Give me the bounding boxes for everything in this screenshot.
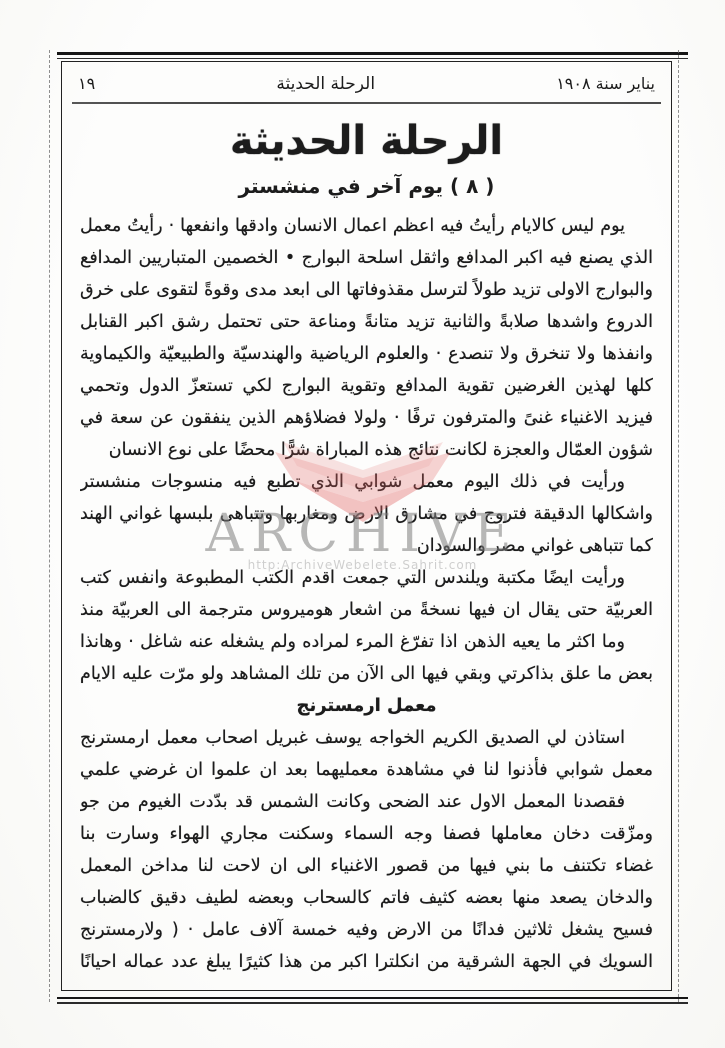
text-line: فيزيد الاغنياء غنىً والمترفون ترفًا · ول… (80, 402, 653, 434)
text-line: كلها لهذين الغرضين تقوية المدافع وتقوية … (80, 370, 653, 402)
header-date: يناير سنة ١٩٠٨ (556, 74, 655, 93)
text-line: والبوارج الاولى تزيد طولاً لترسل مقذوفات… (80, 274, 653, 306)
text-line: معمل شوابي فأذنوا لنا في مشاهدة معمليهما… (80, 754, 653, 786)
frame-bottom-rule-b (57, 1002, 688, 1004)
text-line: شؤون العمّال والعجزة لكانت نتائج هذه الم… (80, 434, 653, 466)
text-line: السويك في الجهة الشرقية من انكلترا اكبر … (80, 946, 653, 978)
header-divider (72, 102, 661, 104)
text-line: ورأيت ايضًا مكتبة ويلندس التي جمعت اقدم … (80, 562, 653, 594)
text-line: فقصدنا المعمل الاول عند الضحى وكانت الشم… (80, 786, 653, 818)
frame-bottom-rule-a (57, 997, 688, 999)
text-line: استاذن لي الصديق الكريم الخواجه يوسف غبر… (80, 722, 653, 754)
header-page-number: ١٩ (78, 74, 95, 93)
frame-top-thin-rule (57, 58, 688, 59)
text-line: ومزّقت دخان معاملها فصفا وجه السماء وسكن… (80, 818, 653, 850)
text-line: واشكالها الدقيقة فتروج في مشارق الارض وم… (80, 498, 653, 530)
frame-top-thick-rule (57, 52, 688, 55)
scanned-page: يناير سنة ١٩٠٨ الرحلة الحديثة ١٩ الرحلة … (0, 0, 725, 1048)
frame-right-dashed-edge (678, 50, 679, 1002)
text-line: وما اكثر ما يعيه الذهن اذا تفرّغ المرء ل… (80, 626, 653, 658)
header-journal-title: الرحلة الحديثة (276, 74, 375, 94)
text-line: كما تتباهى غواني مصر والسودان (80, 530, 653, 562)
page-frame: يناير سنة ١٩٠٨ الرحلة الحديثة ١٩ الرحلة … (61, 61, 672, 991)
text-line: بعض ما علق بذاكرتي وبقي فيها الى الآن من… (80, 658, 653, 690)
text-line: يوم ليس كالايام رأيتُ فيه اعظم اعمال الا… (80, 210, 653, 242)
article-body: يوم ليس كالايام رأيتُ فيه اعظم اعمال الا… (80, 210, 653, 978)
text-line: الذي يصنع فيه اكبر المدافع واثقل اسلحة ا… (80, 242, 653, 274)
main-title: الرحلة الحديثة (62, 118, 671, 164)
page-header: يناير سنة ١٩٠٨ الرحلة الحديثة ١٩ (62, 62, 671, 98)
text-line: غضاء تكتنف ما بني فيها من قصور الاغنياء … (80, 850, 653, 882)
frame-left-dashed-edge (49, 50, 50, 1002)
text-line: الدروع واشدها صلابةً والثانية تزيد متانة… (80, 306, 653, 338)
text-line: فسيح يشغل ثلاثين فدانًا من الارض وفيه خم… (80, 914, 653, 946)
text-line: ورأيت في ذلك اليوم معمل شوابي الذي تطبع … (80, 466, 653, 498)
text-line: العربيّة حتى يقال ان فيها نسخةً من اشعار… (80, 594, 653, 626)
text-line: وانفذها ولا تنخرق ولا تنصدع · والعلوم ال… (80, 338, 653, 370)
section-subtitle: ( ٨ ) يوم آخر في منشستر (62, 174, 671, 198)
section-heading: معمل ارمسترنج (80, 690, 653, 722)
text-line: والدخان يصعد منها بعضه كثيف فاتم كالسحاب… (80, 882, 653, 914)
